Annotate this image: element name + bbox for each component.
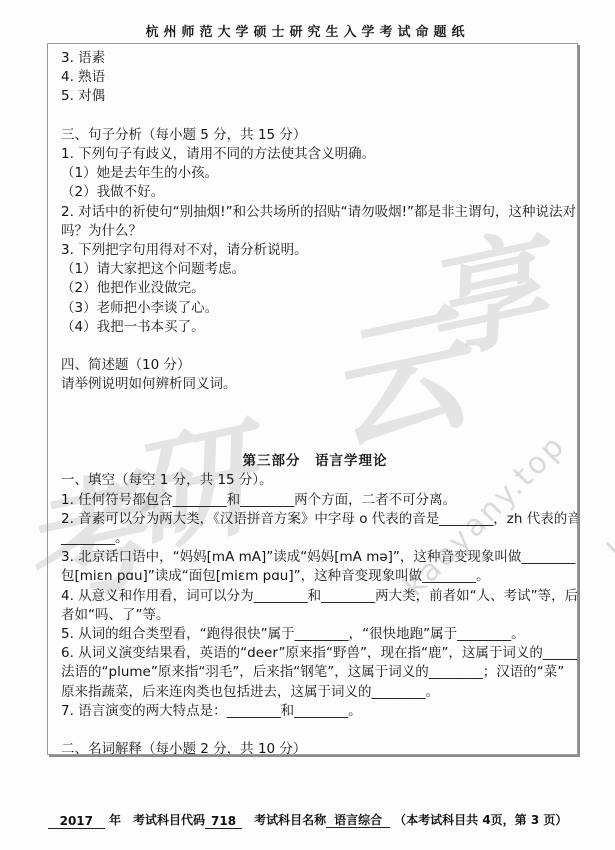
blank-line xyxy=(61,721,569,740)
fill-blank-7: 7. 语言演变的两大特点是：________和________。 xyxy=(61,702,569,721)
fill-blank-2-wrap: ________。 xyxy=(61,529,569,548)
fill-blank-2: 2. 音素可以分为两大类，《汉语拼音方案》中字母 o 代表的音是________… xyxy=(61,510,569,529)
page-title: 杭州师范大学硕士研究生入学考试命题纸 xyxy=(0,21,615,40)
question-3-sub-1: （1）请大家把这个问题考虑。 xyxy=(61,260,569,279)
footer-pages-note: （本考试科目共 4页，第 3 页） xyxy=(394,813,567,827)
fill-blank-5: 5. 从词的组合类型看，“跑得很快”属于________，“很快地跑”属于___… xyxy=(61,625,569,644)
footer-name-label: 考试科目名称 xyxy=(254,813,326,827)
question-2-wrap: 吗？为什么？ xyxy=(61,222,569,241)
question-1: 1. 下列句子有歧义，请用不同的方法使其含义明确。 xyxy=(61,145,569,164)
watermark-url-edge: kaoyany.top xyxy=(601,391,615,567)
term-item-5: 5. 对偶 xyxy=(61,87,569,106)
footer-year-suffix: 年 xyxy=(109,813,121,827)
section-four-heading: 四、简述题（10 分） xyxy=(61,356,569,375)
blank-line xyxy=(61,395,569,414)
fill-blank-6-wrap-2: 原来指蔬菜，后来连肉类也包括进去，这属于词义的________。 xyxy=(61,683,569,702)
part-three-title: 第三部分 语言学理论 xyxy=(61,452,569,471)
section-three-heading: 三、句子分析（每小题 5 分，共 15 分） xyxy=(61,126,569,145)
page-footer: 2017年考试科目代码718考试科目名称语言综合（本考试科目共 4页，第 3 页… xyxy=(0,811,615,828)
question-3-sub-2: （2）他把作业没做完。 xyxy=(61,279,569,298)
fill-blank-4-wrap: 者如“吗、了”等。 xyxy=(61,606,569,625)
footer-code-label: 考试科目代码 xyxy=(133,813,205,827)
fill-blank-3: 3. 北京话口语中，“妈妈[mA mA]”读成“妈妈[mA mə]”，这种音变现… xyxy=(61,548,569,567)
fill-blank-3-wrap: 包[miɛn pɑu]”读成“面包[miɛm pɑu]”，这种音变现象叫做___… xyxy=(61,567,569,586)
question-2: 2. 对话中的祈使句“别抽烟!”和公共场所的招贴“请勿吸烟!”都是非主谓句，这种… xyxy=(61,203,569,222)
footer-code: 718 xyxy=(205,814,242,829)
blank-line xyxy=(61,337,569,356)
term-item-3: 3. 语素 xyxy=(61,49,569,68)
question-3: 3. 下列把字句用得对不对，请分析说明。 xyxy=(61,241,569,260)
fill-blank-heading: 一、填空（每空 1 分，共 15 分）。 xyxy=(61,471,569,490)
question-3-sub-3: （3）老师把小李谈了心。 xyxy=(61,299,569,318)
blank-line xyxy=(61,433,569,452)
footer-year: 2017 xyxy=(48,814,105,829)
question-1-sub-1: （1）她是去年生的小孩。 xyxy=(61,164,569,183)
fill-blank-1: 1. 任何符号都包含________和________两个方面，二者不可分离。 xyxy=(61,491,569,510)
fill-blank-6: 6. 从词义演变结果看，英语的“deer”原来指“野兽”，现在指“鹿”，这属于词… xyxy=(61,644,569,663)
blank-line xyxy=(61,414,569,433)
question-1-sub-2: （2）我做不好。 xyxy=(61,183,569,202)
blank-line xyxy=(61,107,569,126)
question-3-sub-4: （4）我把一书本买了。 xyxy=(61,318,569,337)
fill-blank-6-wrap-1: 法语的“plume”原来指“羽毛”，后来指“钢笔”，这属于词义的________… xyxy=(61,663,569,682)
section-four-question: 请举例说明如何辨析同义词。 xyxy=(61,375,569,394)
footer-subject-name: 语言综合 xyxy=(326,813,390,828)
exam-sheet: 3. 语素 4. 熟语 5. 对偶 三、句子分析（每小题 5 分，共 15 分）… xyxy=(47,43,578,755)
section-two-heading: 二、名词解释（每小题 2 分，共 10 分） xyxy=(61,740,569,755)
fill-blank-4: 4. 从意义和作用看，词可以分为________和________两大类，前者如… xyxy=(61,587,569,606)
exam-page: 考 研 云 享 kaoyany.top kaoyany.top 杭州师范大学硕士… xyxy=(0,0,615,850)
term-item-4: 4. 熟语 xyxy=(61,68,569,87)
